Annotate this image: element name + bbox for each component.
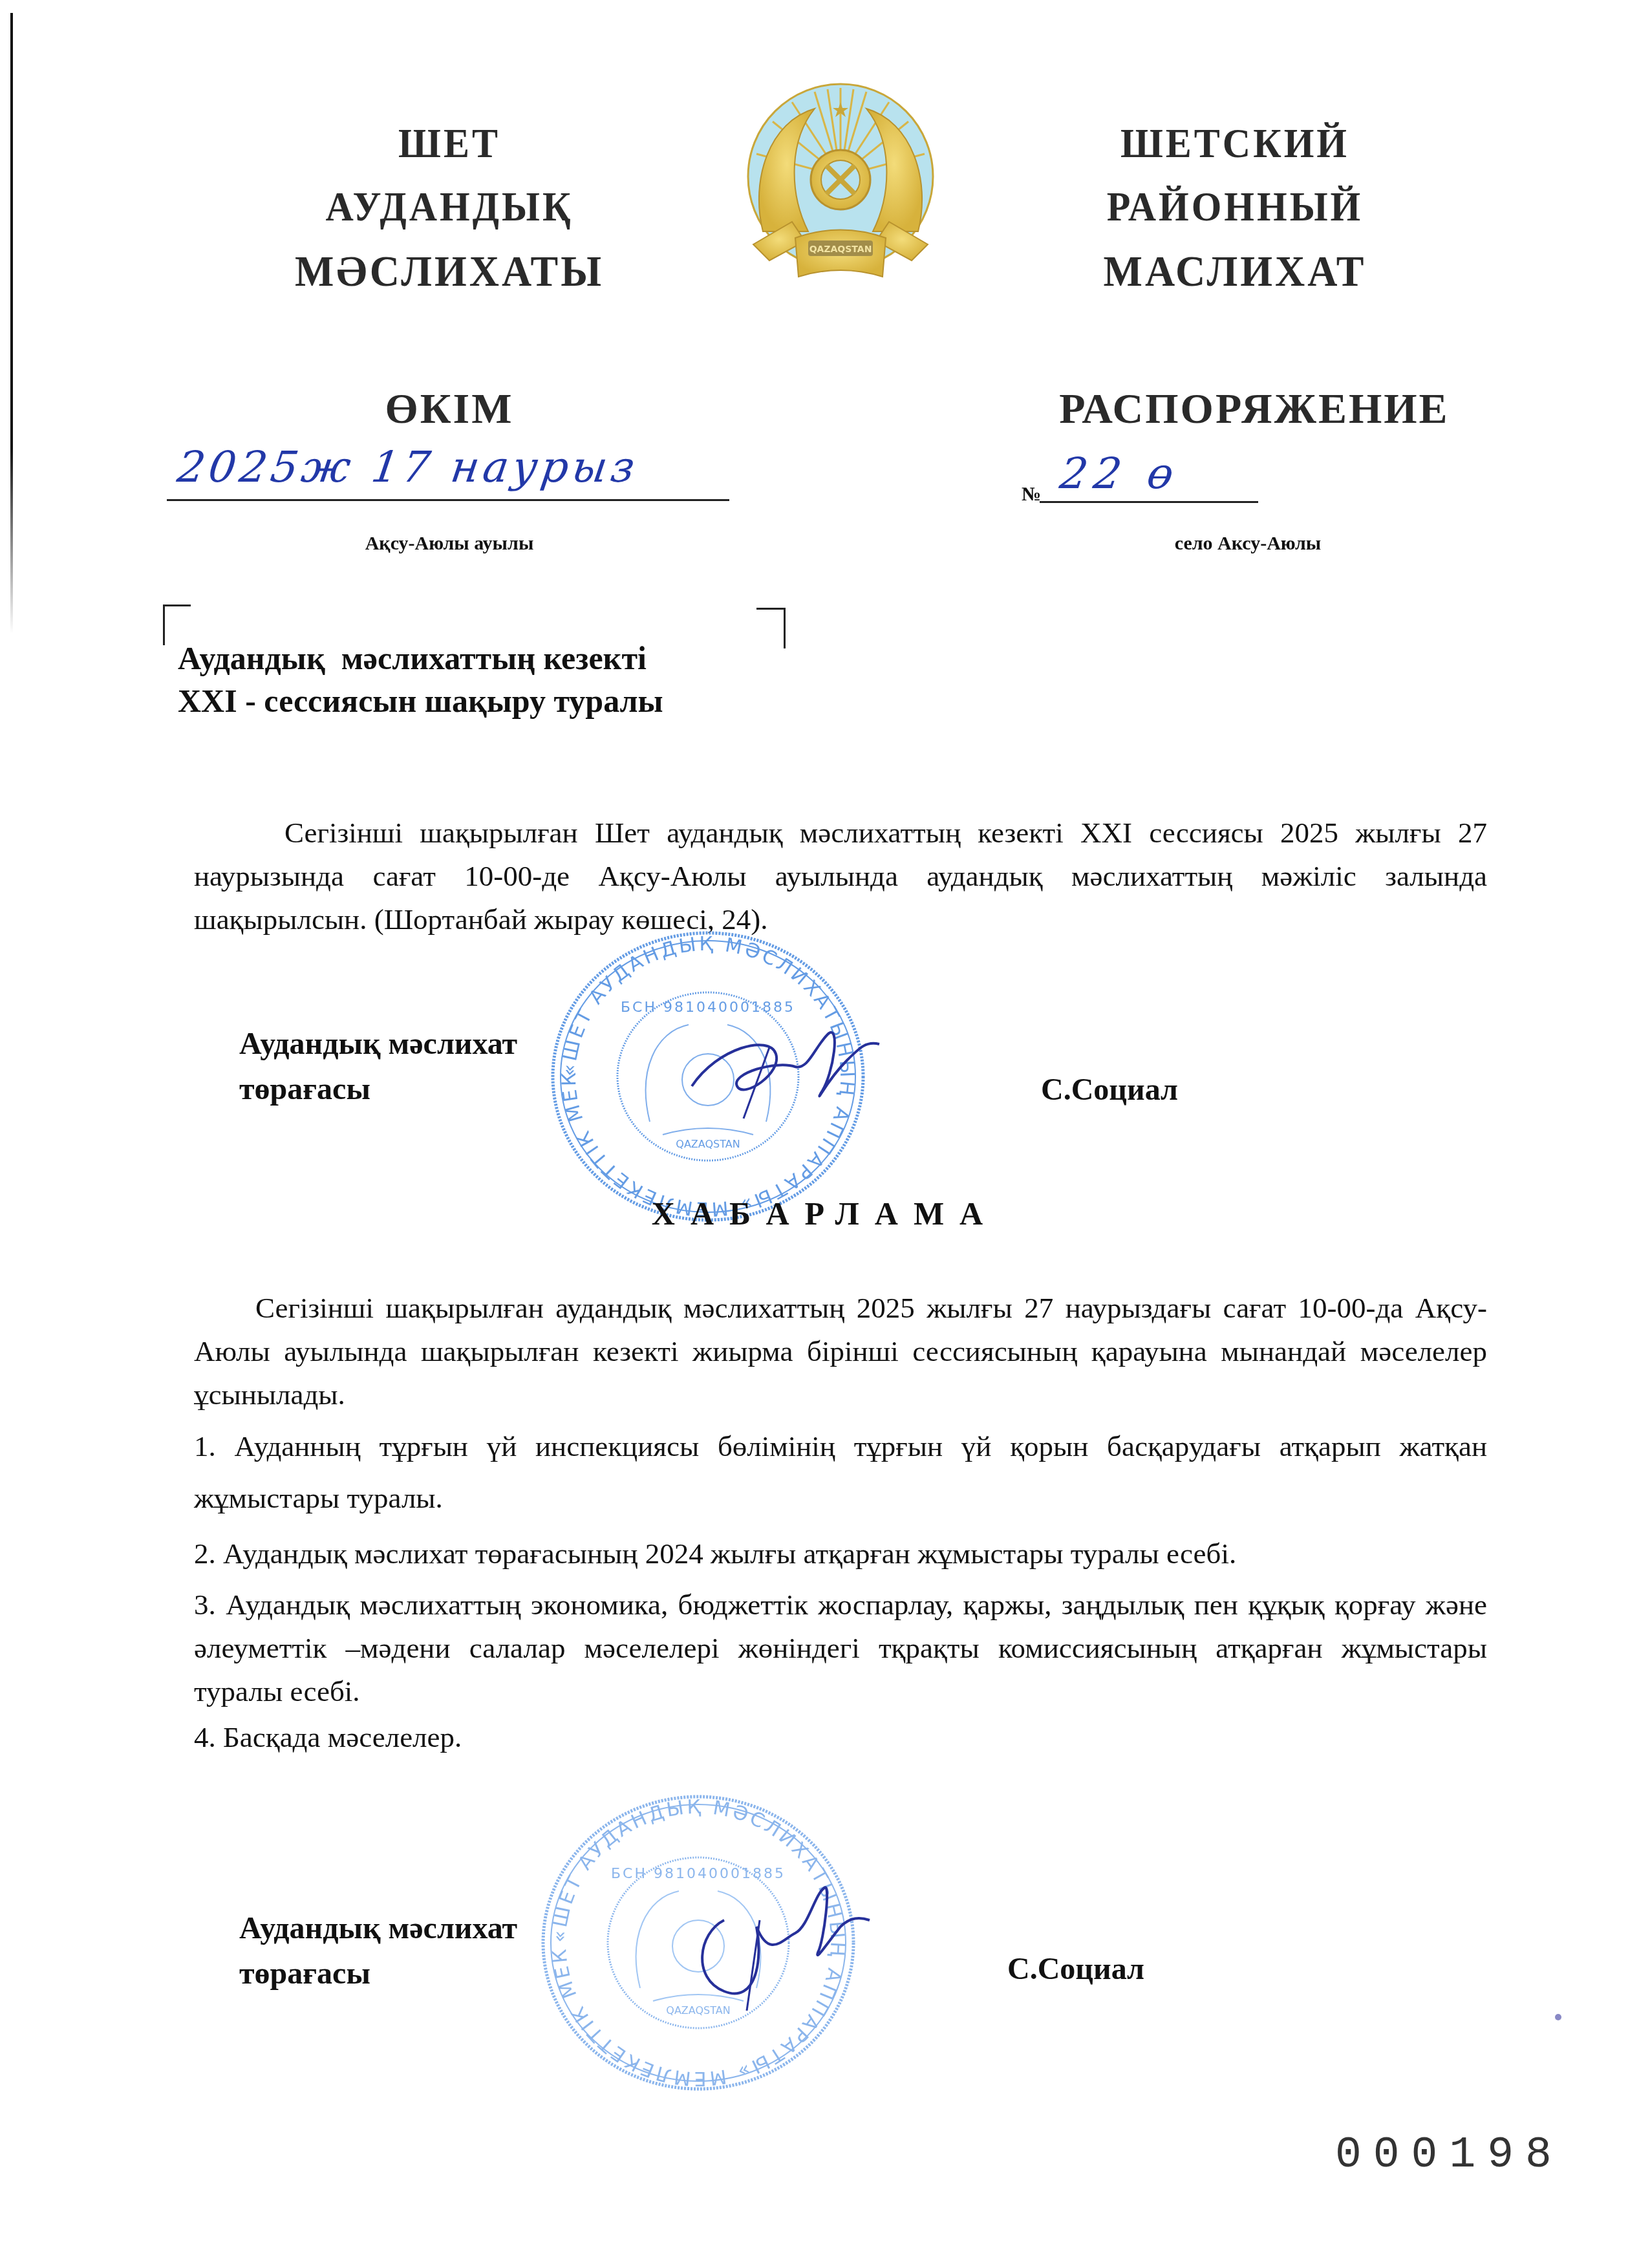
- locality-russian: село Аксу-Аюлы: [1047, 534, 1448, 553]
- handwritten-signature-2: [685, 1881, 879, 2011]
- stamp-inner-caption: QAZAQSTAN: [676, 1138, 740, 1150]
- kazakhstan-emblem-icon: QAZAQSTAN: [744, 83, 937, 280]
- subject-line-1: Аудандық мәслихаттың кезекті: [178, 637, 663, 679]
- subject-bracket-right: [756, 608, 786, 648]
- emblem-caption: QAZAQSTAN: [809, 244, 872, 255]
- locality-kazakh: Ақсу-Аюлы ауылы: [255, 534, 643, 553]
- page-edge-line: [10, 13, 13, 634]
- number-prefix: №: [1022, 484, 1041, 506]
- header-right-line-2: РАЙОННЫЙ: [1034, 187, 1435, 228]
- signature-1-name: С.Социал: [1041, 1075, 1178, 1106]
- doc-type-kazakh: ӨКІМ: [255, 388, 643, 431]
- notice-item-1: 1. Ауданның тұрғын үй инспекциясы бөлімі…: [194, 1420, 1487, 1524]
- notice-item-4: 4. Басқада мәселелер.: [194, 1716, 1487, 1759]
- header-left-line-3: МӘСЛИХАТЫ: [255, 250, 643, 293]
- signature-1-title: Аудандық мәслихат төрағасы: [239, 1022, 517, 1112]
- date-underline: [167, 499, 729, 501]
- stamp-2-bin: БСН 981040001885: [611, 1866, 786, 1882]
- header-left-line-2: АУДАНДЫҚ: [255, 187, 643, 228]
- notice-item-2: 2. Аудандық мәслихат төрағасының 2024 жы…: [194, 1528, 1487, 1579]
- signature-2-title: Аудандық мәслихат төрағасы: [239, 1906, 517, 1996]
- notice-title: ХАБАРЛАМА: [0, 1197, 1650, 1230]
- serial-number: 000198: [1335, 2134, 1563, 2177]
- notice-intro: Сегізінші шақырылған аудандық мәслихатты…: [194, 1287, 1487, 1417]
- header-right-line-3: МАСЛИХАТ: [1034, 250, 1435, 293]
- signature-2-title-line-2: төрағасы: [239, 1951, 517, 1996]
- date-handwritten: 2025ж 17 наурыз: [175, 446, 641, 489]
- ink-speck: [1555, 2014, 1561, 2020]
- order-text: Сегізінші шақырылған Шет аудандық мәслих…: [194, 817, 1487, 936]
- subject-line-2: XXI - сессиясын шақыру туралы: [178, 679, 663, 722]
- notice-item-3: 3. Аудандық мәслихаттың экономика, бюдже…: [194, 1583, 1487, 1713]
- signature-2-title-line-1: Аудандық мәслихат: [239, 1906, 517, 1951]
- number-handwritten: 22 ө: [1057, 453, 1183, 495]
- number-underline: [1040, 501, 1258, 503]
- notice-body: Сегізінші шақырылған аудандық мәслихатты…: [194, 1287, 1487, 1759]
- signature-1-title-line-1: Аудандық мәслихат: [239, 1022, 517, 1067]
- header-left-line-1: ШЕТ: [255, 123, 643, 164]
- subject-block: Аудандық мәслихаттың кезекті XXI - сесси…: [178, 637, 663, 722]
- handwritten-signature-1: [679, 1009, 886, 1125]
- signature-2-name: С.Социал: [1007, 1954, 1144, 1985]
- doc-type-russian: РАСПОРЯЖЕНИЕ: [1002, 388, 1506, 431]
- header-right-line-1: ШЕТСКИЙ: [1034, 123, 1435, 164]
- order-paragraph: Сегізінші шақырылған Шет аудандық мәслих…: [194, 811, 1487, 941]
- signature-1-title-line-2: төрағасы: [239, 1067, 517, 1112]
